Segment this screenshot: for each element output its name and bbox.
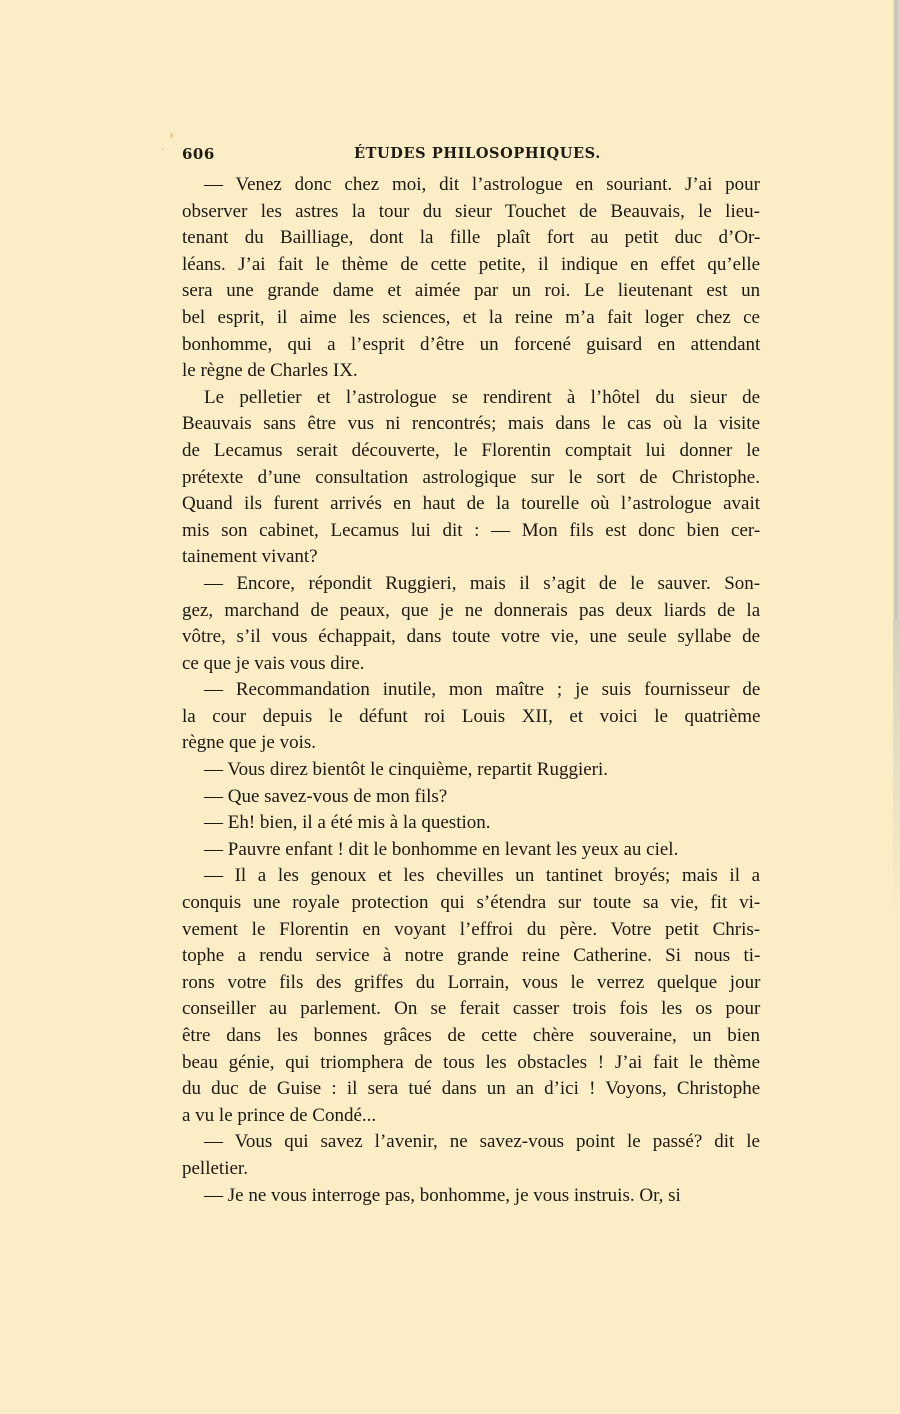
text-line: Quand ils furent arrivés en haut de la t… xyxy=(182,491,760,518)
text-line: ce que je vais vous dire. xyxy=(182,651,760,678)
text-line: Le pelletier et l’astrologue se rendiren… xyxy=(182,385,760,412)
text-line: — Il a les genoux et les chevilles un ta… xyxy=(182,863,760,890)
text-line: rons votre fils des griffes du Lorrain, … xyxy=(182,970,760,997)
text-line: — Venez donc chez moi, dit l’astrologue … xyxy=(182,172,760,199)
text-line: vement le Florentin en voyant l’effroi d… xyxy=(182,917,760,944)
book-page: 606 ÉTUDES PHILOSOPHIQUES. — Venez donc … xyxy=(0,0,900,1414)
text-line: — Que savez-vous de mon fils? xyxy=(182,784,760,811)
text-line: bel esprit, il aime les sciences, et la … xyxy=(182,305,760,332)
text-line: léans. J’ai fait le thème de cette petit… xyxy=(182,252,760,279)
page-edge-fade xyxy=(893,620,900,920)
paragraph: — Encore, répondit Ruggieri, mais il s’a… xyxy=(182,571,760,677)
text-line: règne que je vois. xyxy=(182,730,760,757)
paper-speck xyxy=(170,133,173,138)
text-line: du duc de Guise : il sera tué dans un an… xyxy=(182,1076,760,1103)
paragraph: — Eh! bien, il a été mis à la question. xyxy=(182,810,760,837)
text-line: pelletier. xyxy=(182,1156,760,1183)
text-line: bonhomme, qui a l’esprit d’être un force… xyxy=(182,332,760,359)
text-line: — Je ne vous interroge pas, bonhomme, je… xyxy=(182,1183,760,1210)
text-line: le règne de Charles IX. xyxy=(182,358,760,385)
paragraph: — Que savez-vous de mon fils? xyxy=(182,784,760,811)
text-line: tenant du Bailliage, dont la fille plaît… xyxy=(182,225,760,252)
text-line: vôtre, s’il vous échappait, dans toute v… xyxy=(182,624,760,651)
text-line: sera une grande dame et aimée par un roi… xyxy=(182,278,760,305)
text-line: — Vous qui savez l’avenir, ne savez-vous… xyxy=(182,1129,760,1156)
text-line: mis son cabinet, Lecamus lui dit : — Mon… xyxy=(182,518,760,545)
text-line: la cour depuis le défunt roi Louis XII, … xyxy=(182,704,760,731)
page-number: 606 xyxy=(182,145,215,163)
paragraph: — Je ne vous interroge pas, bonhomme, je… xyxy=(182,1183,760,1210)
text-line: — Recommandation inutile, mon maître ; j… xyxy=(182,677,760,704)
paragraph: — Recommandation inutile, mon maître ; j… xyxy=(182,677,760,757)
paragraph: — Venez donc chez moi, dit l’astrologue … xyxy=(182,172,760,385)
text-line: observer les astres la tour du sieur Tou… xyxy=(182,199,760,226)
paper-speck xyxy=(162,148,164,150)
paragraph: — Vous direz bientôt le cinquième, repar… xyxy=(182,757,760,784)
text-line: — Pauvre enfant ! dit le bonhomme en lev… xyxy=(182,837,760,864)
running-head: 606 ÉTUDES PHILOSOPHIQUES. xyxy=(182,145,760,169)
paragraph: — Vous qui savez l’avenir, ne savez-vous… xyxy=(182,1129,760,1182)
paragraph: Le pelletier et l’astrologue se rendiren… xyxy=(182,385,760,571)
running-title: ÉTUDES PHILOSOPHIQUES. xyxy=(354,145,601,162)
page-edge-shadow xyxy=(893,0,900,620)
text-line: Beauvais sans être vus ni rencontrés; ma… xyxy=(182,411,760,438)
text-line: — Vous direz bientôt le cinquième, repar… xyxy=(182,757,760,784)
text-line: — Encore, répondit Ruggieri, mais il s’a… xyxy=(182,571,760,598)
text-line: prétexte d’une consultation astrologique… xyxy=(182,465,760,492)
paragraph: — Pauvre enfant ! dit le bonhomme en lev… xyxy=(182,837,760,864)
text-line: tainement vivant? xyxy=(182,544,760,571)
body-text: — Venez donc chez moi, dit l’astrologue … xyxy=(182,172,760,1209)
text-line: — Eh! bien, il a été mis à la question. xyxy=(182,810,760,837)
text-line: être dans les bonnes grâces de cette chè… xyxy=(182,1023,760,1050)
text-line: gez, marchand de peaux, que je ne donner… xyxy=(182,598,760,625)
paragraph: — Il a les genoux et les chevilles un ta… xyxy=(182,863,760,1129)
text-line: conseiller au parlement. On se ferait ca… xyxy=(182,996,760,1023)
text-line: tophe a rendu service à notre grande rei… xyxy=(182,943,760,970)
text-line: de Lecamus serait découverte, le Florent… xyxy=(182,438,760,465)
text-line: conquis une royale protection qui s’éten… xyxy=(182,890,760,917)
text-line: beau génie, qui triomphera de tous les o… xyxy=(182,1050,760,1077)
text-line: a vu le prince de Condé... xyxy=(182,1103,760,1130)
